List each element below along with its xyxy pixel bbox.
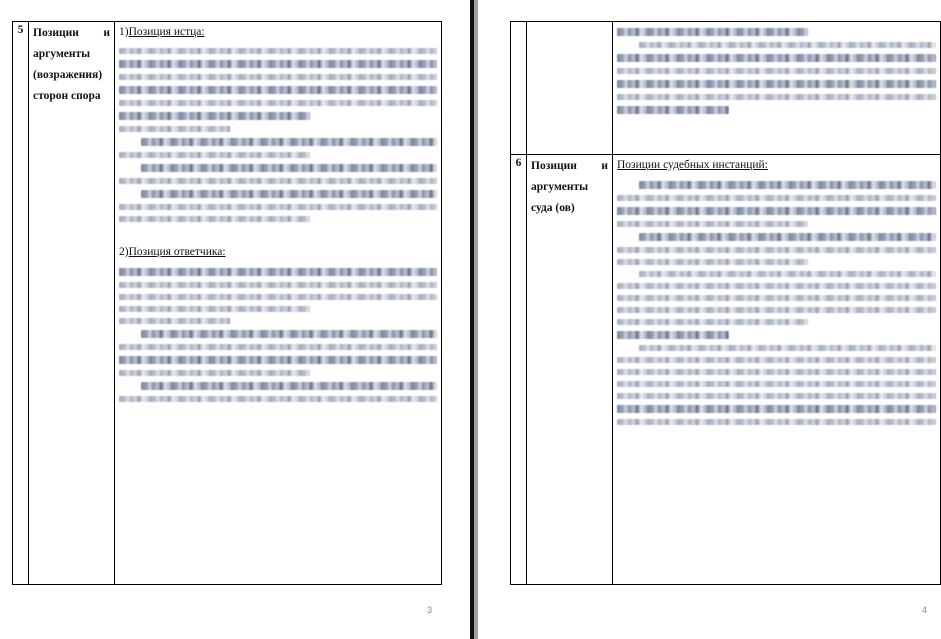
document-page-4: 6 Позициии аргументы суда (ов) Позиции с… (478, 0, 941, 639)
label-word: (возражения) (33, 65, 110, 86)
redacted-text (617, 68, 936, 74)
redacted-text (119, 204, 437, 210)
redacted-text (119, 282, 437, 288)
redacted-text (119, 344, 437, 350)
table-row: 6 Позициии аргументы суда (ов) Позиции с… (511, 155, 941, 585)
redacted-text (617, 295, 936, 301)
label-word: аргументы (531, 177, 608, 198)
redacted-text (617, 319, 808, 325)
case-table: 6 Позициии аргументы суда (ов) Позиции с… (510, 21, 941, 585)
redacted-text (617, 54, 936, 62)
redacted-text (119, 356, 437, 364)
table-row: 5 Позициии аргументы (возражения) сторон… (13, 22, 442, 585)
redacted-text (119, 216, 310, 222)
document-page-3: 5 Позициии аргументы (возражения) сторон… (0, 0, 470, 639)
label-word: суда (ов) (531, 198, 608, 219)
redacted-text (119, 100, 437, 106)
section-heading-court: Позиции судебных инстанций: (617, 155, 936, 175)
row-content-continued (613, 22, 941, 155)
redacted-text (119, 74, 437, 80)
row-label: Позициии аргументы (возражения) сторон с… (29, 22, 115, 585)
label-word: Позиции (531, 156, 577, 177)
redacted-text (639, 181, 936, 189)
redacted-text (617, 419, 936, 425)
redacted-text (119, 126, 230, 132)
redacted-text (141, 138, 437, 146)
page-number: 4 (922, 605, 927, 615)
redacted-text (119, 294, 437, 300)
redacted-text (617, 307, 936, 313)
redacted-text (119, 178, 437, 184)
redacted-text (617, 106, 729, 114)
redacted-text (119, 60, 437, 68)
redacted-text (119, 152, 310, 158)
label-word: сторон спора (33, 86, 110, 107)
label-word: и (601, 156, 608, 177)
row-number-empty (511, 22, 527, 155)
label-word: и (103, 23, 110, 44)
redacted-text (119, 318, 230, 324)
redacted-text (617, 283, 936, 289)
redacted-text (617, 369, 936, 375)
redacted-text (119, 112, 310, 120)
table-row-continued (511, 22, 941, 155)
redacted-text (639, 233, 936, 241)
label-word: аргументы (33, 44, 110, 65)
redacted-text (119, 370, 310, 376)
redacted-text (141, 382, 437, 390)
row-number: 5 (13, 22, 29, 585)
redacted-text (617, 247, 936, 253)
redacted-text (119, 86, 437, 94)
redacted-text (617, 259, 808, 265)
redacted-text (617, 357, 936, 363)
redacted-text (617, 405, 936, 413)
redacted-text (617, 381, 936, 387)
redacted-text (639, 42, 936, 48)
section-heading-defendant: 2)Позиция ответчика: (119, 242, 437, 262)
redacted-text (617, 207, 936, 215)
row-label-empty (527, 22, 613, 155)
redacted-text (639, 271, 936, 277)
redacted-text (141, 190, 437, 198)
redacted-text (617, 195, 936, 201)
page-number: 3 (427, 605, 432, 615)
row-number: 6 (511, 155, 527, 585)
redacted-text (617, 94, 936, 100)
row-label: Позициии аргументы суда (ов) (527, 155, 613, 585)
redacted-text (141, 330, 437, 338)
label-word: Позиции (33, 23, 79, 44)
row-content: Позиции судебных инстанций: (613, 155, 941, 585)
redacted-text (617, 221, 808, 227)
redacted-text (119, 306, 310, 312)
row-content: 1)Позиция истца: 2)Позиция ответчика: (115, 22, 442, 585)
case-table: 5 Позициии аргументы (возражения) сторон… (12, 21, 442, 585)
redacted-text (617, 28, 808, 36)
redacted-text (617, 331, 729, 339)
redacted-text (119, 48, 437, 54)
redacted-text (639, 345, 936, 351)
redacted-text (141, 164, 437, 172)
redacted-text (617, 80, 936, 88)
redacted-text (119, 268, 437, 276)
redacted-text (119, 396, 437, 402)
section-heading-plaintiff: 1)Позиция истца: (119, 22, 437, 42)
redacted-text (617, 393, 936, 399)
